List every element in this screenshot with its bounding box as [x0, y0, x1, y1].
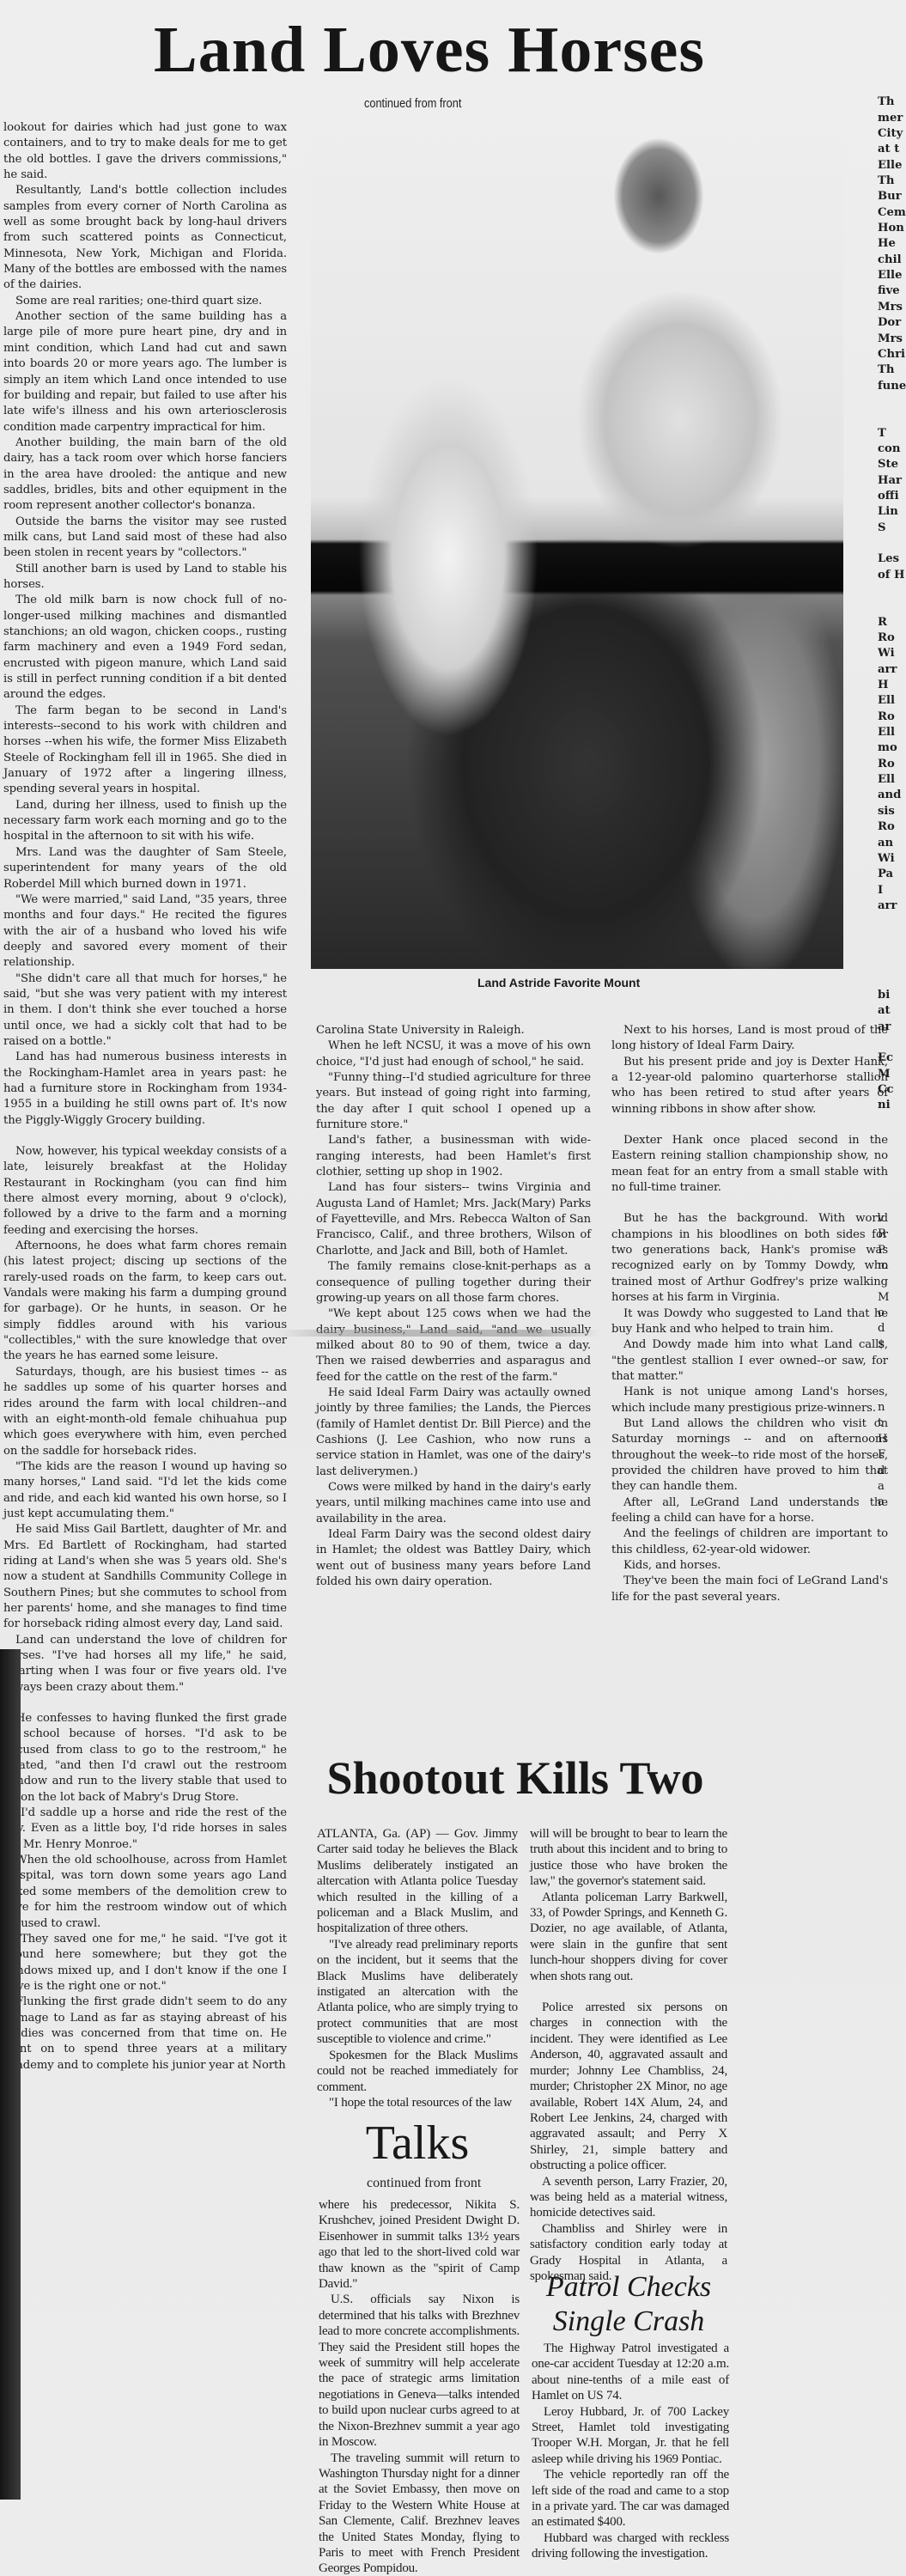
paragraph: "Funny thing--I'd studied agriculture fo… [316, 1070, 591, 1133]
paragraph: "The kids are the reason I wound up havi… [3, 1459, 287, 1522]
edge-fragment: P [878, 1243, 906, 1258]
edge-fragment: Th [878, 362, 906, 378]
right-edge-column-lower: vRPmMod$ntHFdaa [878, 1211, 906, 1511]
edge-fragment: Th [878, 94, 906, 110]
edge-fragment: five [878, 283, 906, 299]
edge-fragment: Elle [878, 268, 906, 283]
headline-land-loves-horses: Land Loves Horses [86, 15, 773, 84]
edge-fragment: n [878, 1400, 906, 1416]
edge-fragment: ni [878, 1098, 906, 1113]
paragraph: And the feelings of children are importa… [611, 1526, 888, 1558]
edge-fragment: T [878, 426, 906, 442]
edge-fragment: Pa [878, 867, 906, 882]
edge-fragment: mo [878, 740, 906, 756]
talks-column: where his predecessor, Nikita S. Krushch… [319, 2197, 520, 2576]
edge-fragment: mer [878, 111, 906, 126]
edge-fragment: at [878, 1003, 906, 1019]
edge-fragment: Mrs [878, 300, 906, 315]
paragraph: He said Ideal Farm Dairy was actaully ow… [316, 1385, 591, 1480]
edge-fragment: ar [878, 1020, 906, 1035]
edge-fragment: d [878, 1464, 906, 1479]
edge-fragment: a [878, 1495, 906, 1510]
edge-fragment: a [878, 1479, 906, 1495]
paragraph: The vehicle reportedly ran off the left … [532, 2467, 729, 2530]
paragraph: Hubbard was charged with reckless drivin… [532, 2530, 729, 2562]
paragraph: Atlanta policeman Larry Barkwell, 33, of… [530, 1890, 727, 1984]
edge-fragment: at t [878, 142, 906, 157]
paragraph: Ideal Farm Dairy was the second oldest d… [316, 1527, 591, 1590]
edge-fragment: Bur [878, 189, 906, 204]
shootout-column-1: ATLANTA, Ga. (AP) — Gov. Jimmy Carter sa… [317, 1826, 518, 2110]
edge-fragment: Ec [878, 1050, 906, 1066]
paragraph: Still another barn is used by Land to st… [3, 562, 287, 594]
paragraph: Leroy Hubbard, Jr. of 700 Lackey Street,… [532, 2404, 729, 2468]
edge-fragment: H [878, 678, 906, 693]
paragraph: He said Miss Gail Bartlett, daughter of … [3, 1522, 287, 1632]
edge-fragment: o [878, 1306, 906, 1321]
shootout-column-2: will will be brought to bear to learn th… [530, 1826, 727, 2284]
paragraph: "We kept about 125 cows when we had the … [316, 1306, 591, 1385]
paragraph: Kids, and horses. [611, 1558, 888, 1574]
print-smear [275, 1330, 601, 1337]
article-column-1: lookout for dairies which had just gone … [3, 120, 287, 2074]
edge-fragment: He [878, 236, 906, 252]
edge-fragment: Hon [878, 221, 906, 236]
headline-patrol: Patrol Checks Single Crash [530, 2270, 727, 2339]
paragraph: The Highway Patrol investigated a one-ca… [532, 2341, 729, 2404]
edge-fragment: Ell [878, 772, 906, 788]
edge-fragment: Ell [878, 725, 906, 740]
headline-patrol-line1: Patrol Checks [530, 2270, 727, 2305]
paragraph: Some are real rarities; one-third quart … [3, 294, 287, 309]
right-edge-column-top: ThmerCityat tElleThBurCemHonHechilEllefi… [878, 79, 906, 914]
edge-fragment: fune [878, 379, 906, 394]
edge-fragment: Mrs [878, 332, 906, 347]
paragraph: Land has had numerous business interests… [3, 1050, 287, 1129]
edge-fragment [878, 410, 906, 425]
paragraph: ATLANTA, Ga. (AP) — Gov. Jimmy Carter sa… [317, 1826, 518, 1937]
edge-fragment: Lin [878, 504, 906, 520]
paragraph: And Dowdy made him into what Land calls,… [611, 1337, 888, 1385]
edge-fragment: Ro [878, 757, 906, 772]
paragraph: will will be brought to bear to learn th… [530, 1826, 727, 1890]
left-edge-shadow [0, 1649, 21, 2500]
edge-fragment [878, 79, 906, 94]
edge-fragment [878, 394, 906, 410]
edge-fragment: v [878, 1211, 906, 1227]
paragraph: Next to his horses, Land is most proud o… [611, 1023, 888, 1055]
paragraph: Another building, the main barn of the o… [3, 435, 287, 515]
paragraph: lookout for dairies which had just gone … [3, 120, 287, 183]
headline-talks: Talks [317, 2117, 518, 2169]
photo-caption: Land Astride Favorite Mount [477, 976, 640, 990]
article-column-3: Next to his horses, Land is most proud o… [611, 1023, 888, 1605]
paragraph: U.S. officials say Nixon is determined t… [319, 2292, 520, 2450]
edge-fragment: Ste [878, 457, 906, 472]
headline-shootout: Shootout Kills Two [326, 1752, 704, 1804]
paragraph: He confesses to having flunked the first… [3, 1711, 287, 1806]
edge-fragment: chil [878, 253, 906, 268]
paragraph: The traveling summit will return to Wash… [319, 2451, 520, 2576]
paragraph: "I've already read preliminary reports o… [317, 1937, 518, 2048]
right-edge-column-mid: biatarEcMCcni [878, 988, 906, 1114]
edge-fragment: $ [878, 1337, 906, 1353]
paragraph: It was Dowdy who suggested to Land that … [611, 1306, 888, 1338]
edge-fragment [878, 1274, 906, 1289]
headline-patrol-line2: Single Crash [530, 2305, 727, 2339]
edge-fragment [878, 1385, 906, 1400]
edge-fragment: S [878, 521, 906, 536]
paragraph: Land's father, a businessman with wide-r… [316, 1133, 591, 1180]
edge-fragment: d [878, 1321, 906, 1337]
edge-fragment: M [878, 1067, 906, 1082]
paragraph: Outside the barns the visitor may see ru… [3, 515, 287, 562]
edge-fragment [878, 1035, 906, 1050]
paragraph: When he left NCSU, it was a move of his … [316, 1038, 591, 1070]
paragraph: Saturdays, though, are his busiest times… [3, 1365, 287, 1459]
edge-fragment: arr [878, 898, 906, 914]
edge-fragment [878, 1368, 906, 1384]
edge-fragment [878, 599, 906, 614]
edge-fragment: of H [878, 568, 906, 583]
paragraph: "She didn't care all that much for horse… [3, 971, 287, 1050]
paragraph: Afternoons, he does what farm chores rem… [3, 1239, 287, 1365]
edge-fragment: F [878, 1447, 906, 1463]
paragraph: Cows were milked by hand in the dairy's … [316, 1480, 591, 1527]
edge-fragment: R [878, 1227, 906, 1242]
edge-fragment [878, 1353, 906, 1368]
edge-fragment: I [878, 883, 906, 898]
paragraph: A seventh person, Larry Frazier, 20, was… [530, 2174, 727, 2221]
edge-fragment: offi [878, 489, 906, 504]
paragraph: But Land allows the children who visit o… [611, 1416, 888, 1495]
paragraph: The old milk barn is now chock full of n… [3, 593, 287, 703]
edge-fragment: R [878, 615, 906, 630]
paragraph: "I'd saddle up a horse and ride the rest… [3, 1806, 287, 1853]
edge-fragment: H [878, 1432, 906, 1447]
paragraph: Flunking the first grade didn't seem to … [3, 1994, 287, 2074]
paragraph: After all, LeGrand Land understands the … [611, 1495, 888, 1527]
edge-fragment: Elle [878, 158, 906, 174]
edge-fragment: Chri [878, 347, 906, 362]
edge-fragment: Wi [878, 646, 906, 661]
edge-fragment: Th [878, 174, 906, 189]
talks-kicker: continued from front [367, 2176, 481, 2191]
edge-fragment: bi [878, 988, 906, 1003]
edge-fragment: an [878, 836, 906, 851]
kicker-continued: continued from front [364, 96, 461, 111]
paragraph: "I hope the total resources of the law [317, 2095, 518, 2110]
paragraph: Now, however, his typical weekday consis… [3, 1144, 287, 1239]
edge-fragment: Ro [878, 819, 906, 835]
newspaper-page: Land Loves Horses continued from front l… [0, 0, 906, 2576]
paragraph: Land can understand the love of children… [3, 1633, 287, 1696]
edge-fragment: Wi [878, 851, 906, 867]
edge-fragment: con [878, 442, 906, 457]
paragraph: But his present pride and joy is Dexter … [611, 1055, 888, 1117]
paragraph: Police arrested six persons on charges i… [530, 2000, 727, 2173]
paragraph: They've been the main foci of LeGrand La… [611, 1574, 888, 1605]
article-column-2: Carolina State University in Raleigh.Whe… [316, 1023, 591, 1590]
paragraph: "They saved one for me," he said. "I've … [3, 1932, 287, 1994]
edge-fragment: sis [878, 804, 906, 819]
paragraph: When the old schoolhouse, across from Ha… [3, 1853, 287, 1932]
edge-fragment: m [878, 1258, 906, 1274]
edge-fragment [878, 536, 906, 551]
paragraph: Carolina State University in Raleigh. [316, 1023, 591, 1038]
paragraph: Land has four sisters-- twins Virginia a… [316, 1180, 591, 1259]
paragraph: The family remains close-knit-perhaps as… [316, 1259, 591, 1306]
edge-fragment: Ro [878, 630, 906, 646]
edge-fragment: Cem [878, 205, 906, 221]
paragraph: Another section of the same building has… [3, 309, 287, 435]
edge-fragment [878, 583, 906, 599]
edge-fragment: Ro [878, 709, 906, 725]
edge-fragment: Les [878, 551, 906, 567]
paragraph: "We were married," said Land, "35 years,… [3, 892, 287, 971]
edge-fragment: arr [878, 662, 906, 678]
edge-fragment: Dor [878, 315, 906, 331]
paragraph: Dexter Hank once placed second in the Ea… [611, 1133, 888, 1196]
edge-fragment: Ell [878, 693, 906, 709]
edge-fragment: t [878, 1416, 906, 1431]
paragraph: where his predecessor, Nikita S. Krushch… [319, 2197, 520, 2292]
edge-fragment: Har [878, 473, 906, 489]
paragraph: Resultantly, Land's bottle collection in… [3, 183, 287, 293]
edge-fragment: Cc [878, 1082, 906, 1098]
paragraph: Hank is not unique among Land's horses, … [611, 1385, 888, 1416]
edge-fragment: City [878, 126, 906, 142]
patrol-column: The Highway Patrol investigated a one-ca… [532, 2341, 729, 2562]
photo-man-on-horse [311, 110, 843, 969]
paragraph: Mrs. Land was the daughter of Sam Steele… [3, 845, 287, 892]
paragraph: The farm began to be second in Land's in… [3, 703, 287, 798]
paragraph: Land, during her illness, used to finish… [3, 798, 287, 845]
edge-fragment: M [878, 1290, 906, 1306]
edge-fragment: and [878, 788, 906, 803]
paragraph: Spokesmen for the Black Muslims could no… [317, 2048, 518, 2095]
paragraph: But he has the background. With world ch… [611, 1211, 888, 1306]
